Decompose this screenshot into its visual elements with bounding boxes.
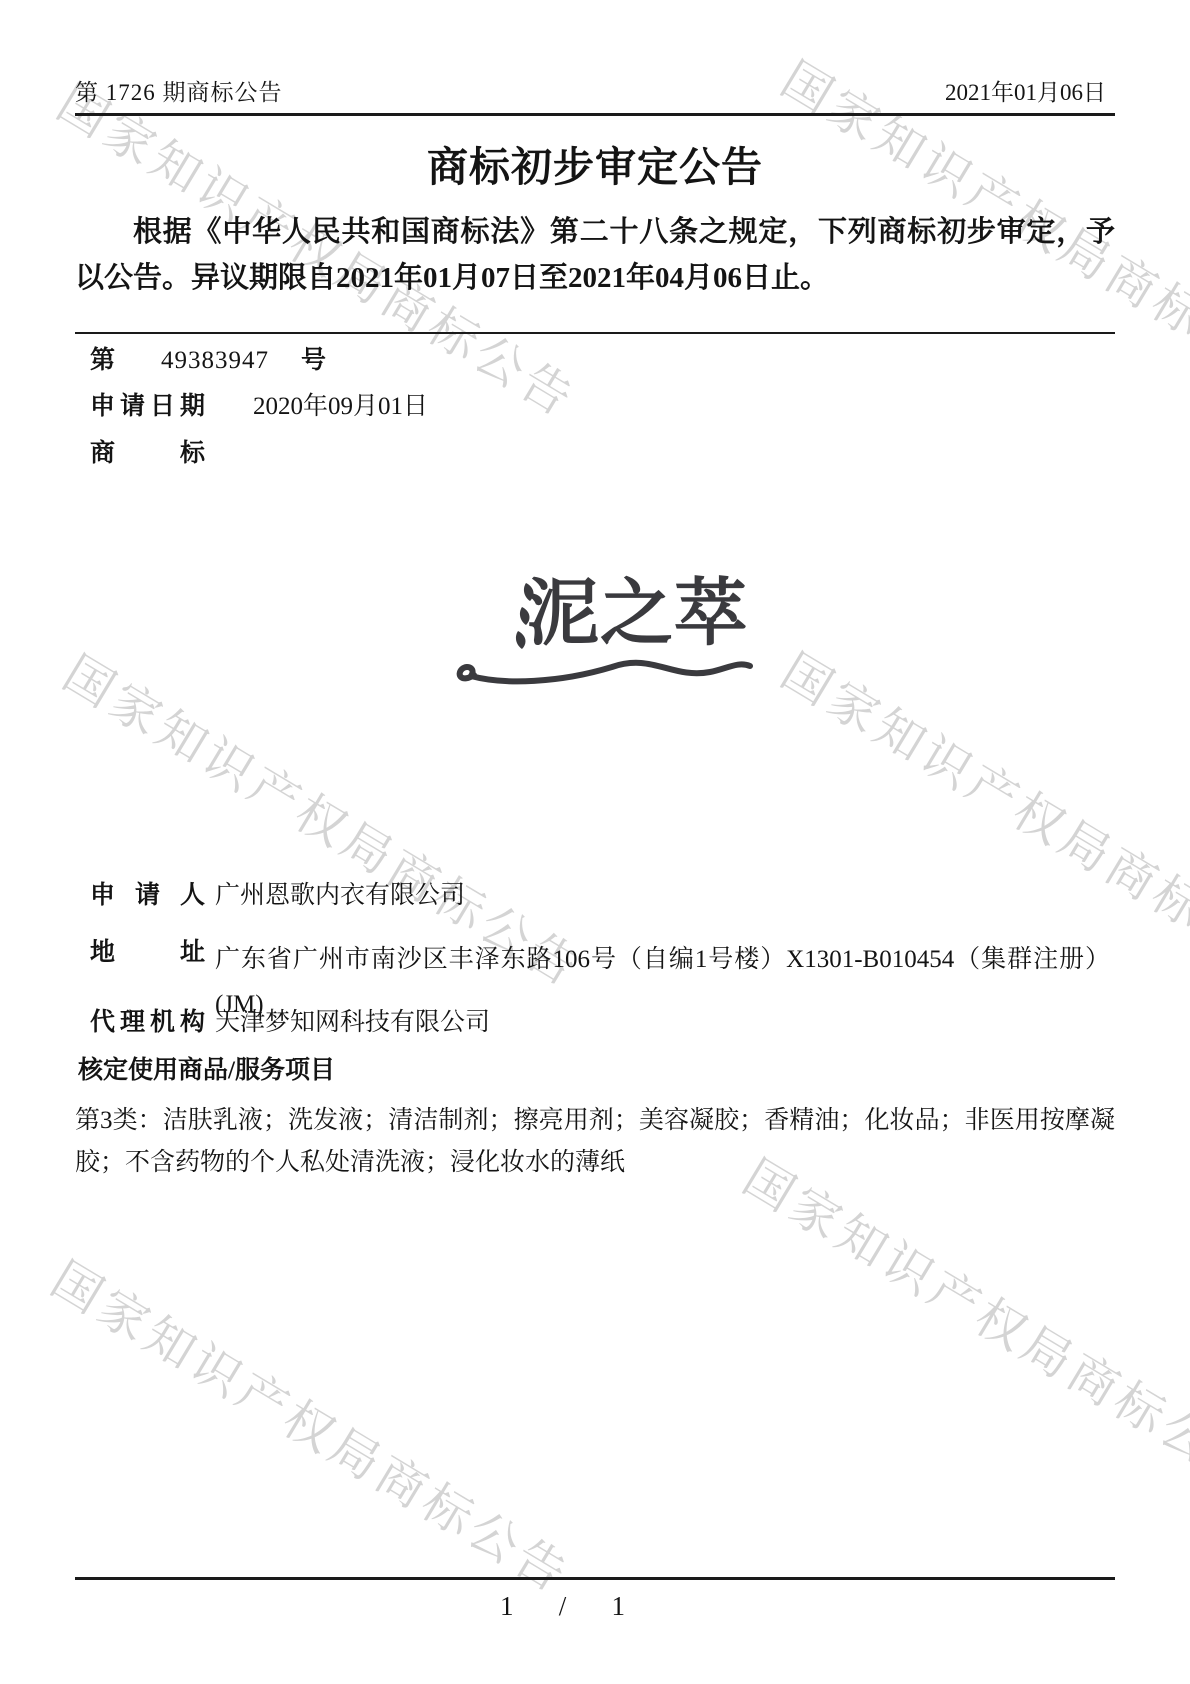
goods-heading: 核定使用商品/服务项目 xyxy=(78,1050,335,1086)
registration-number-row: 第49383947号 xyxy=(90,345,326,377)
agent-label: 代理机构 xyxy=(90,1007,205,1039)
trademark-label-row: 商标 xyxy=(90,438,205,470)
application-date-row: 申请日期2020年09月01日 xyxy=(90,391,428,423)
page-separator: / xyxy=(559,1591,567,1622)
current-page: 1 xyxy=(500,1591,514,1622)
applicant-value: 广州恩歌内衣有限公司 xyxy=(215,880,465,912)
registration-number: 49383947 xyxy=(161,345,269,377)
applicant-label: 申请人 xyxy=(90,880,205,912)
header-rule xyxy=(75,113,1115,116)
footer-rule xyxy=(75,1577,1115,1580)
intro-paragraph: 根据《中华人民共和国商标法》第二十八条之规定，下列商标初步审定，予以公告。异议期… xyxy=(75,209,1115,301)
application-date-value: 2020年09月01日 xyxy=(253,391,428,423)
address-label: 地址 xyxy=(90,937,205,969)
trademark-label: 商标 xyxy=(90,438,205,470)
application-date-label: 申请日期 xyxy=(90,391,205,423)
page-title: 商标初步审定公告 xyxy=(75,134,1115,193)
gazette-date: 2021年01月06日 xyxy=(945,74,1106,107)
applicant-row: 申请人广州恩歌内衣有限公司 xyxy=(90,880,465,912)
number-prefix: 第 xyxy=(90,347,115,374)
agent-row: 代理机构天津梦知网科技有限公司 xyxy=(90,1007,490,1039)
content-layer: 第 1726 期商标公告 2021年01月06日 商标初步审定公告 根据《中华人… xyxy=(0,0,1190,1684)
gazette-issue-label: 第 1726 期商标公告 xyxy=(75,74,283,107)
gazette-page: 国家知识产权局商标公告 国家知识产权局商标公告 国家知识产权局商标公告 国家知识… xyxy=(0,0,1190,1684)
section-rule xyxy=(75,332,1115,334)
trademark-image: 泥之萃 xyxy=(450,575,760,685)
number-suffix: 号 xyxy=(301,347,326,374)
page-number: 1 / 1 xyxy=(500,1591,625,1622)
logo-swoosh-icon xyxy=(454,645,754,685)
agent-value: 天津梦知网科技有限公司 xyxy=(215,1007,490,1039)
trademark-text: 泥之萃 xyxy=(526,575,748,653)
total-pages: 1 xyxy=(611,1591,625,1622)
goods-list: 第3类：洁肤乳液；洗发液；清洁制剂；擦亮用剂；美容凝胶；香精油；化妆品；非医用按… xyxy=(75,1100,1115,1184)
